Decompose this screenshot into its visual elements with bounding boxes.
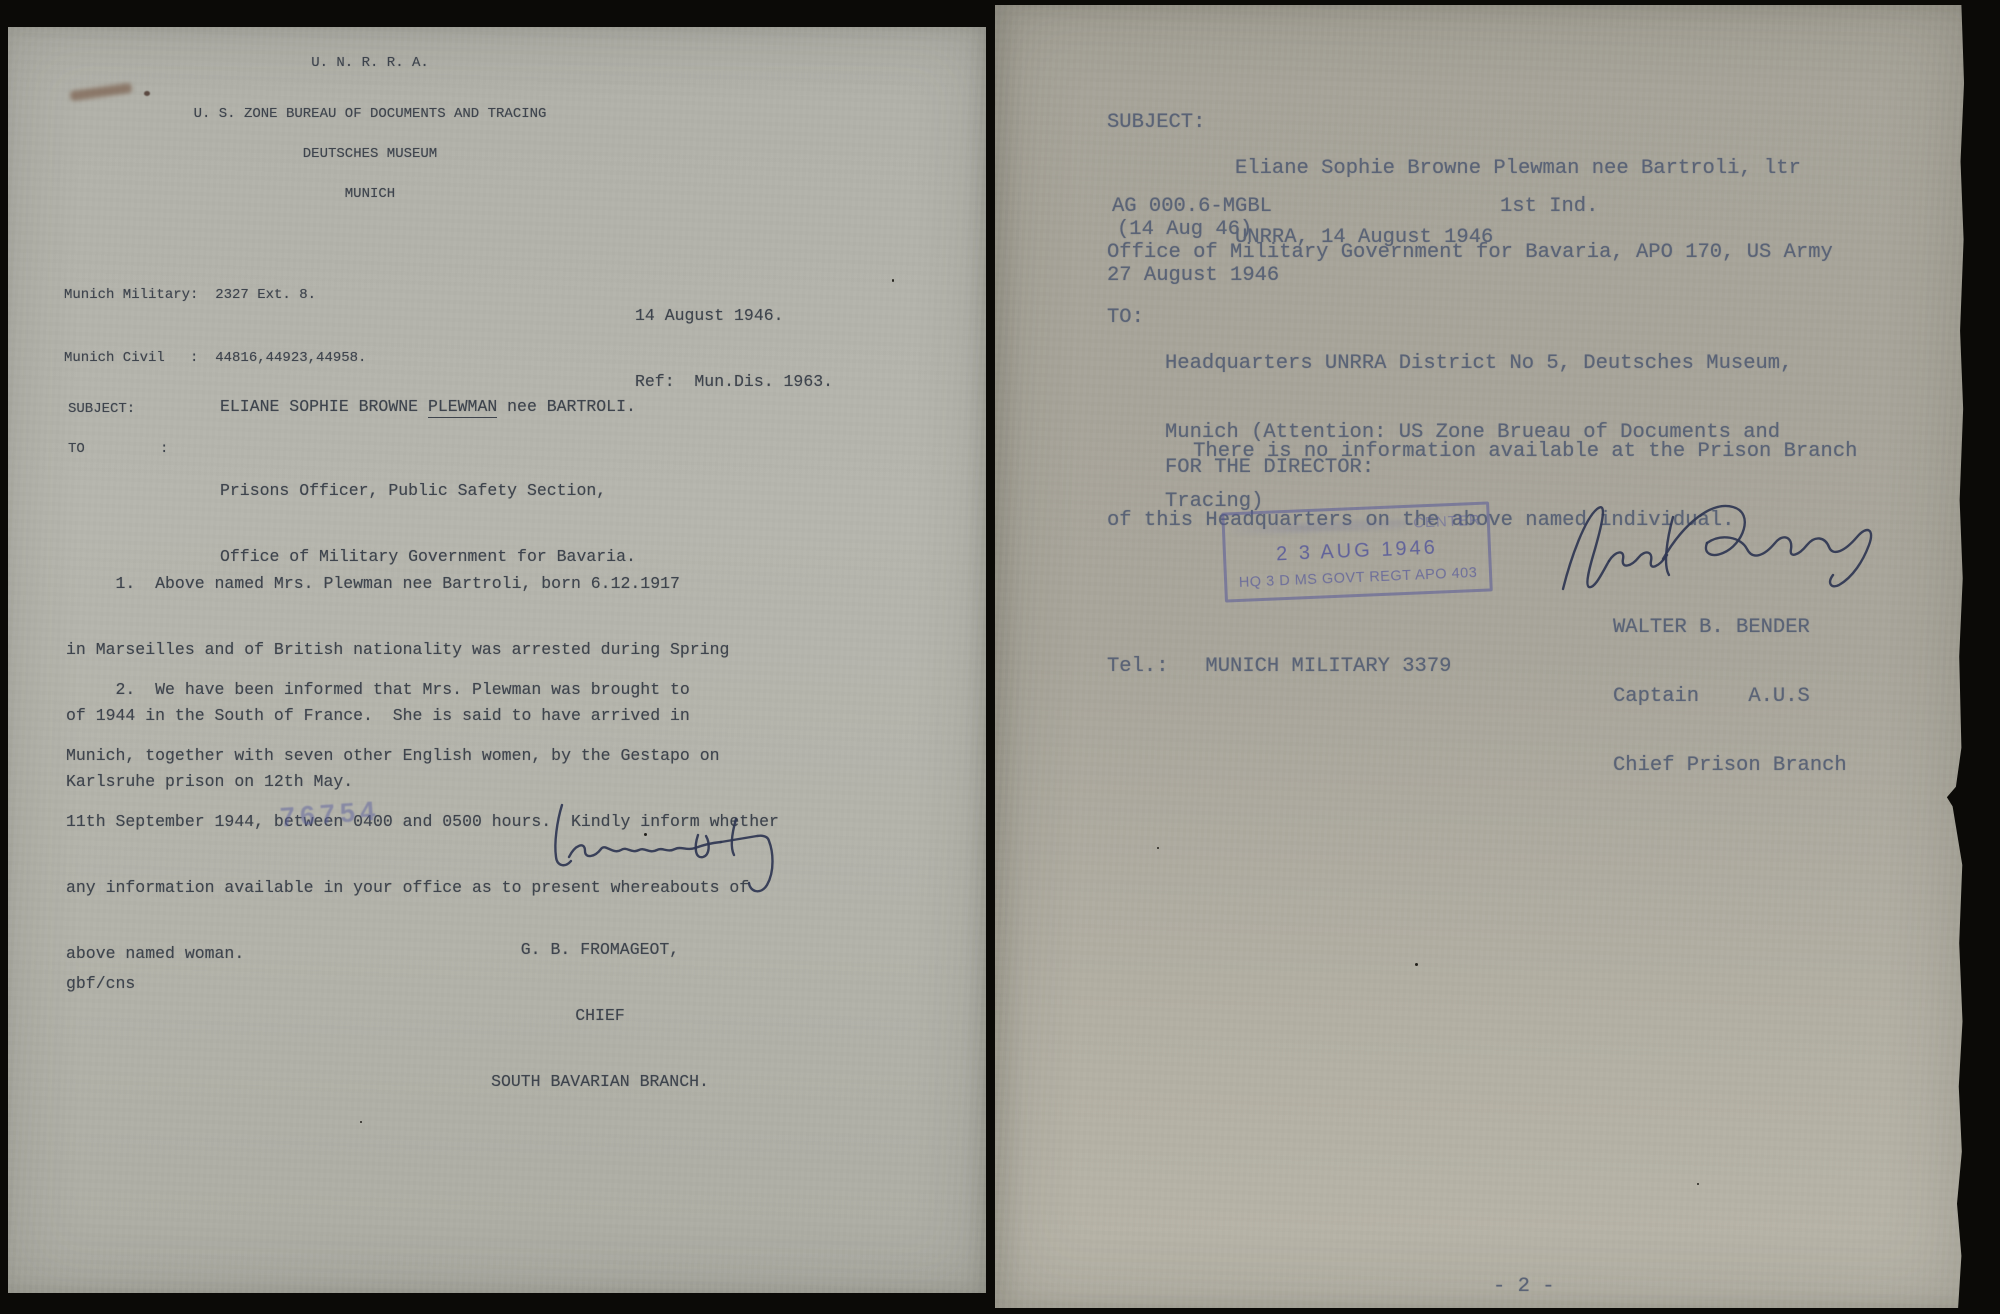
torn-paper-edge	[1946, 5, 1968, 1308]
paragraph-line: Munich, together with seven other Englis…	[66, 745, 779, 767]
paragraph-line: 1. Above named Mrs. Plewman nee Bartroli…	[66, 573, 729, 595]
signer-title: Chief Prison Branch	[1613, 754, 1847, 777]
subject-label: SUBJECT:	[1107, 111, 1205, 134]
fromageot-signature	[538, 791, 796, 903]
to-label: TO	[68, 439, 85, 460]
date-ref-block: 14 August 1946. Ref: Mun.Dis. 1963.	[635, 261, 833, 437]
paper-speck	[360, 1121, 362, 1123]
typist-initials: gbf/cns	[66, 973, 135, 995]
paragraph-line: 2. We have been informed that Mrs. Plewm…	[66, 679, 779, 701]
office-line: Office of Military Government for Bavari…	[1107, 241, 1833, 264]
right-document-page: SUBJECT: Eliane Sophie Browne Plewman ne…	[995, 5, 1967, 1308]
left-document-page: U. N. R. R. A. U. S. ZONE BUREAU OF DOCU…	[8, 27, 986, 1293]
to-line: Prisons Officer, Public Safety Section,	[220, 480, 636, 502]
signature-block: WALTER B. BENDER Captain A.U.S Chief Pri…	[1613, 570, 1847, 823]
stamp-center-text: CENTER	[1413, 512, 1481, 532]
letterhead-building: DEUTSCHES MUSEUM	[8, 144, 732, 165]
subject-value: ELIANE SOPHIE BROWNE PLEWMAN nee BARTROL…	[220, 396, 636, 418]
to-colon: :	[160, 439, 168, 460]
signer-name: WALTER B. BENDER	[1613, 616, 1847, 639]
to-line: Headquarters UNRRA District No 5, Deutsc…	[1165, 352, 1792, 375]
signer-name: G. B. FROMAGEOT,	[400, 939, 800, 961]
subject-label: SUBJECT:	[68, 399, 135, 420]
subject-line: Eliane Sophie Browne Plewman nee Bartrol…	[1235, 157, 1801, 180]
paper-speck	[1697, 1183, 1699, 1185]
received-date-stamp: CENTER 2 3 AUG 1946 HQ 3 D MS GOVT REGT …	[1221, 501, 1493, 602]
signer-branch: SOUTH BAVARIAN BRANCH.	[400, 1071, 800, 1093]
paper-stain	[70, 83, 133, 102]
letterhead-bureau: U. S. ZONE BUREAU OF DOCUMENTS AND TRACI…	[8, 104, 732, 125]
ref-date: (14 Aug 46)	[1117, 218, 1252, 241]
subject-surname-underlined: PLEWMAN	[428, 397, 497, 418]
paper-speck	[1157, 847, 1159, 849]
stamp-line-1: CENTER	[1231, 512, 1481, 539]
subject-post: nee BARTROLI.	[497, 397, 636, 416]
letter-date: 14 August 1946.	[635, 305, 833, 327]
paper-speck	[1415, 963, 1418, 966]
letterhead-org: U. N. R. R. A.	[8, 53, 732, 74]
phone-block: Munich Military: 2327 Ext. 8. Munich Civ…	[64, 243, 366, 411]
paper-stain-dot	[144, 91, 150, 96]
phone-military: Munich Military: 2327 Ext. 8.	[64, 285, 366, 306]
stamp-date: 2 3 AUG 1946	[1232, 535, 1483, 568]
paper-speck	[892, 279, 894, 282]
ref-code: AG 000.6-MGBL	[1112, 195, 1272, 218]
indorsement-number: 1st Ind.	[1500, 195, 1598, 218]
for-director-line: FOR THE DIRECTOR:	[1165, 456, 1374, 479]
to-label: TO:	[1107, 306, 1144, 329]
telephone-line: Tel.: MUNICH MILITARY 3379	[1107, 655, 1451, 678]
letter-ref: Ref: Mun.Dis. 1963.	[635, 371, 833, 393]
stamp-faded-text	[1231, 519, 1408, 535]
indorsement-date: 27 August 1946	[1107, 264, 1279, 287]
signer-rank: Captain A.U.S	[1613, 685, 1847, 708]
signature-block: G. B. FROMAGEOT, CHIEF SOUTH BAVARIAN BR…	[400, 895, 800, 1137]
page-number: - 2 -	[1493, 1275, 1555, 1298]
subject-pre: ELIANE SOPHIE BROWNE	[220, 397, 428, 416]
signer-title: CHIEF	[400, 1005, 800, 1027]
stamp-unit: HQ 3 D MS GOVT REGT APO 403	[1233, 565, 1483, 591]
phone-civil: Munich Civil : 44816,44923,44958.	[64, 348, 366, 369]
letterhead-city: MUNICH	[8, 184, 732, 205]
paper-speck	[644, 833, 647, 836]
